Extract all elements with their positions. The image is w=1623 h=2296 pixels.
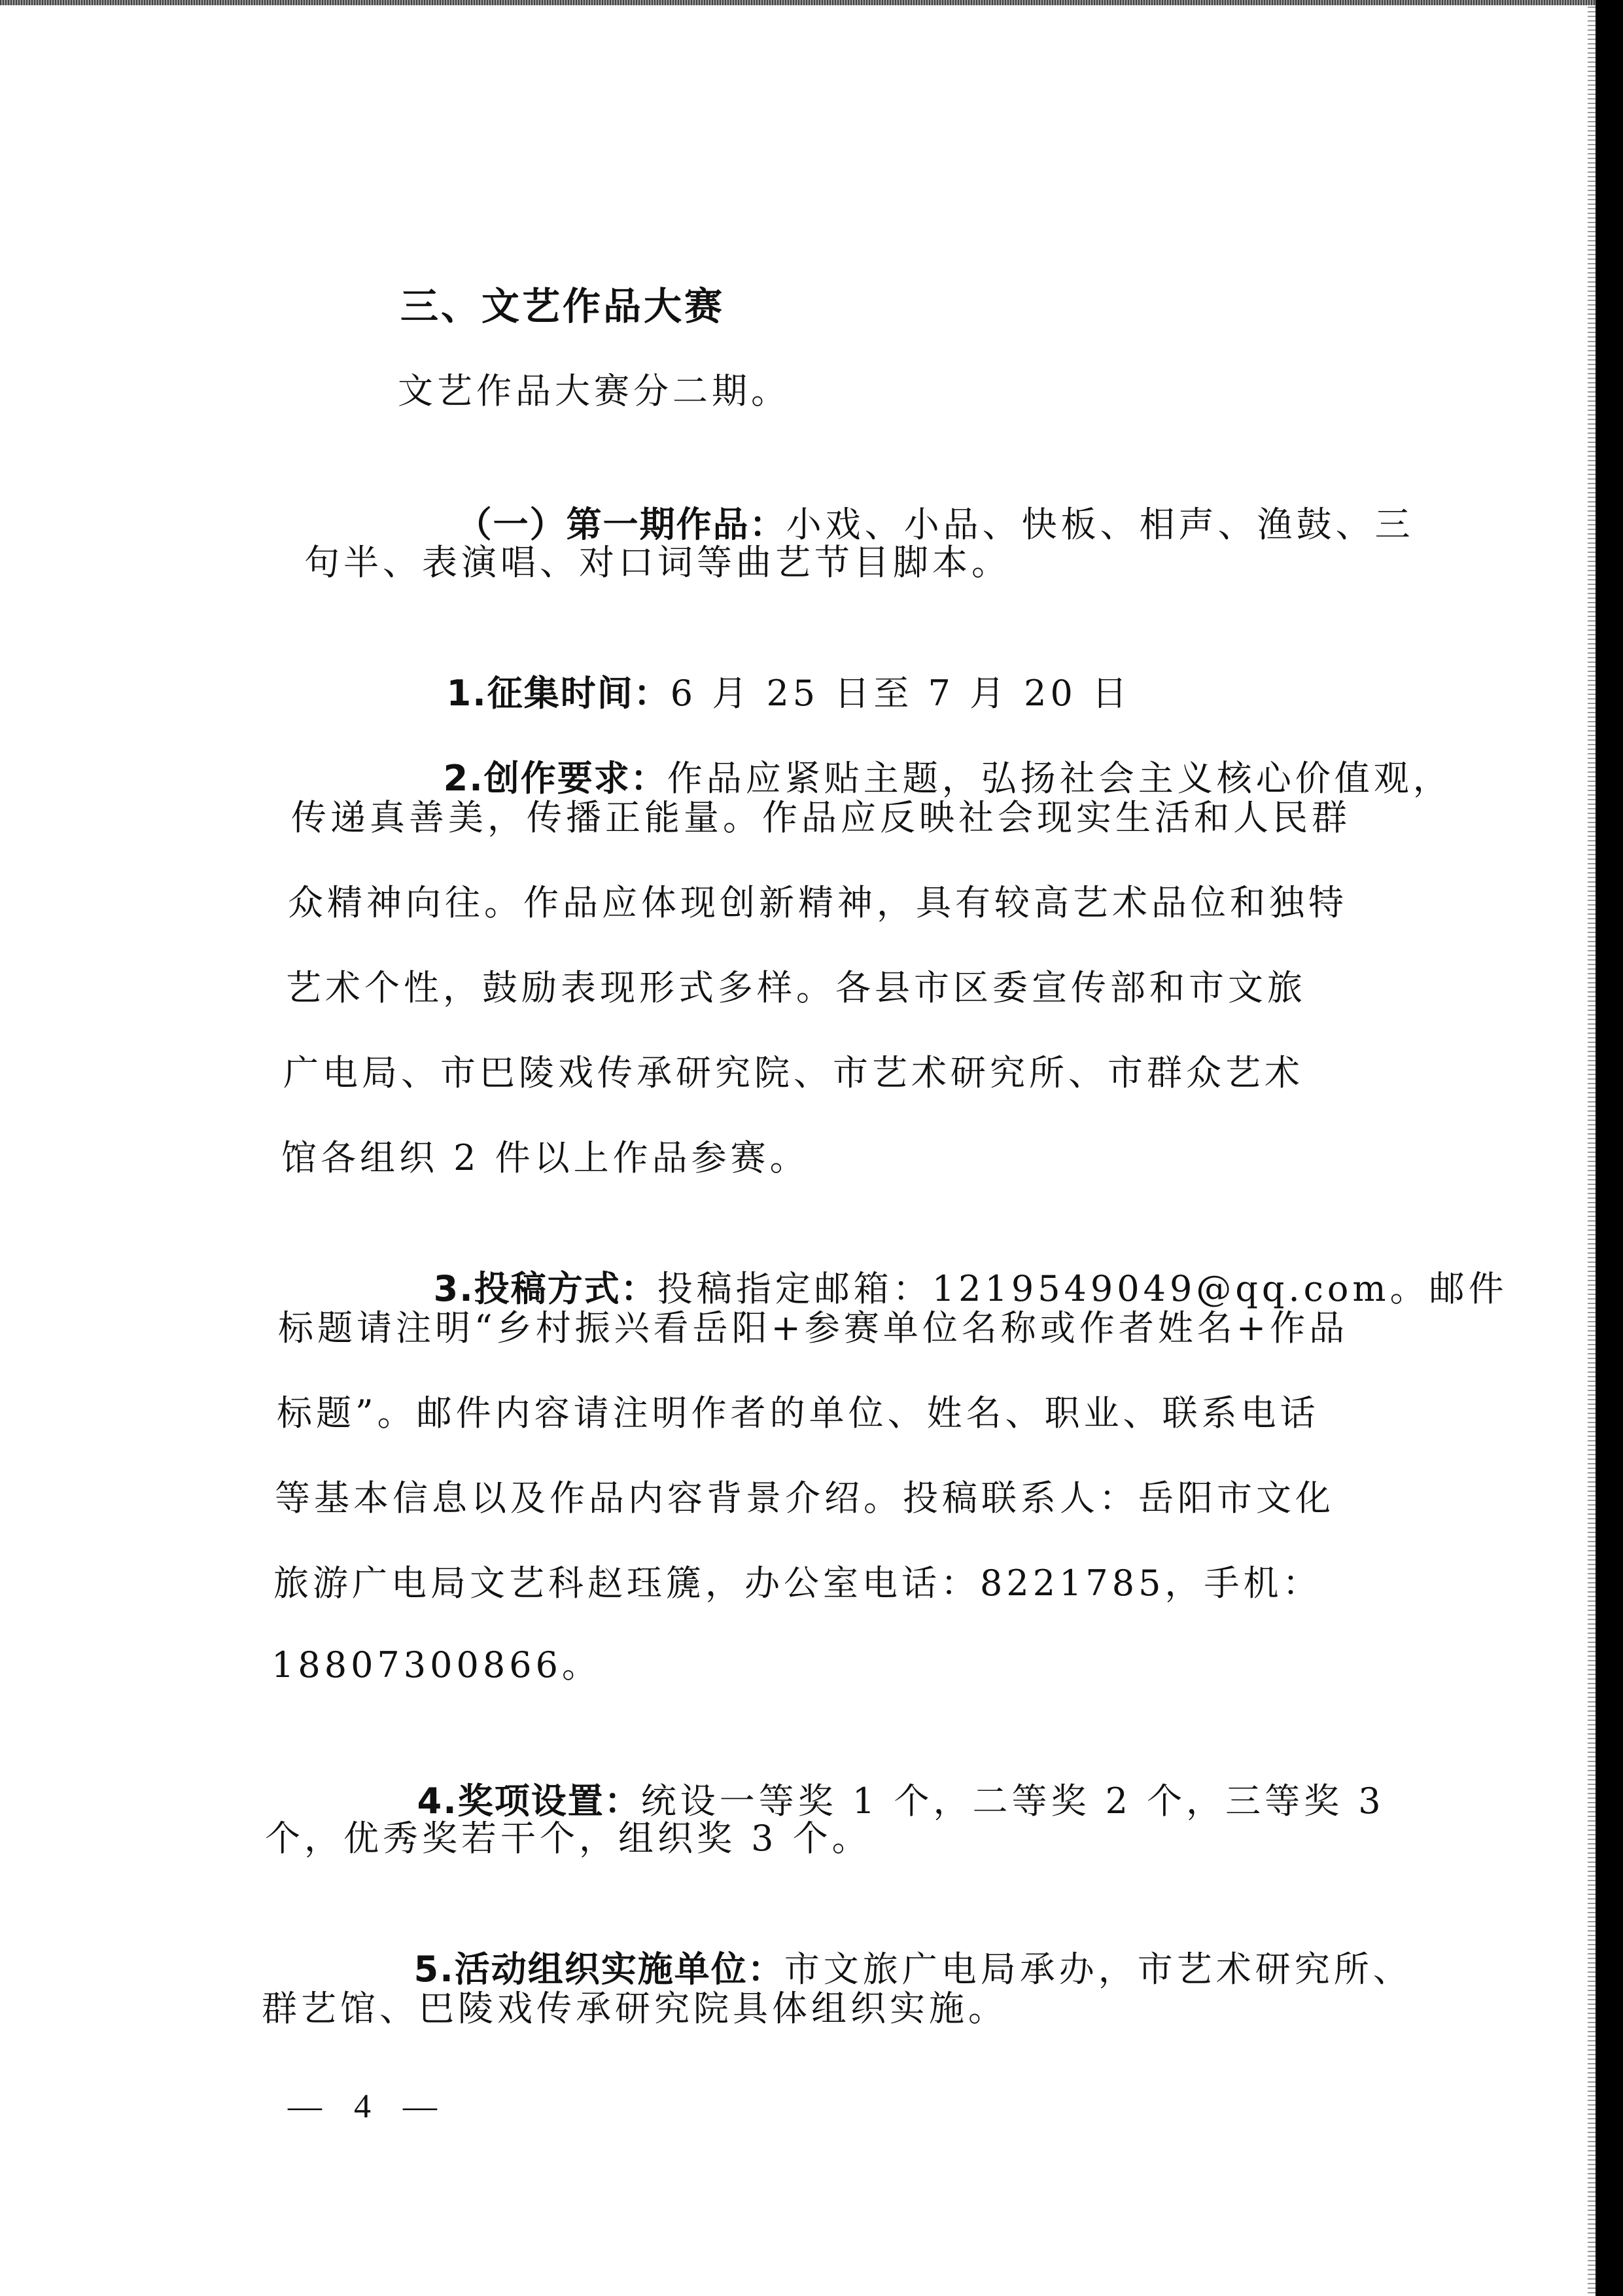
paragraph-line: 传递真善美，传播正能量。作品应反映社会现实生活和人民群	[291, 795, 1351, 841]
item-text: 作品应紧贴主题，弘扬社会主义核心价值观，	[667, 758, 1452, 799]
paragraph-line: 旅游广电局文艺科赵珏篪，办公室电话：8221785，手机：	[273, 1561, 1322, 1606]
scan-right-noise	[1588, 7, 1596, 2296]
item-label: 5.活动组织实施单位：	[414, 1949, 784, 1990]
paragraph-line: 馆各组织 2 件以上作品参赛。	[281, 1135, 809, 1181]
item-label: 3.投稿方式：	[434, 1268, 657, 1309]
section-heading: 三、文艺作品大赛	[400, 283, 725, 329]
item-label: 2.创作要求：	[444, 758, 667, 799]
item-label: 1.征集时间：	[447, 673, 671, 714]
item-text: 6 月 25 日至 7 月 20 日	[671, 673, 1131, 714]
paragraph-line: 艺术个性，鼓励表现形式多样。各县市区委宣传部和市文旅	[286, 965, 1306, 1011]
paragraph-line: 标题请注明“乡村振兴看岳阳+参赛单位名称或作者姓名+作品	[278, 1305, 1348, 1351]
scan-right-border	[1596, 0, 1623, 2296]
subsection-label: （一）第一期作品：	[457, 504, 786, 545]
page-number: — 4 —	[288, 2084, 449, 2130]
intro-paragraph: 文艺作品大赛分二期。	[398, 368, 790, 414]
paragraph-line: 个，优秀奖若干个，组织奖 3 个。	[265, 1816, 871, 1862]
subsection-second-line: 句半、表演唱、对口词等曲艺节目脚本。	[304, 540, 1011, 586]
scan-top-edge	[0, 0, 1623, 5]
paragraph-line: 等基本信息以及作品内容背景介绍。投稿联系人：岳阳市文化	[275, 1475, 1335, 1521]
paragraph-line: 群艺馆、巴陵戏传承研究院具体组织实施。	[262, 1986, 1007, 2032]
paragraph-line: 广电局、市巴陵戏传承研究院、市艺术研究所、市群众艺术	[283, 1050, 1304, 1096]
paragraph-line: 标题”。邮件内容请注明作者的单位、姓名、职业、联系电话	[277, 1390, 1319, 1436]
contact-phone-line: 18807300866。	[271, 1642, 601, 1688]
paragraph-line: 众精神向往。作品应体现创新精神，具有较高艺术品位和独特	[288, 880, 1348, 926]
subsection-text: 小戏、小品、快板、相声、渔鼓、三	[786, 504, 1414, 545]
item-text: 市文旅广电局承办，市艺术研究所、	[784, 1949, 1412, 1990]
item-text: 投稿指定邮箱：1219549049@qq.com。邮件	[657, 1268, 1508, 1309]
